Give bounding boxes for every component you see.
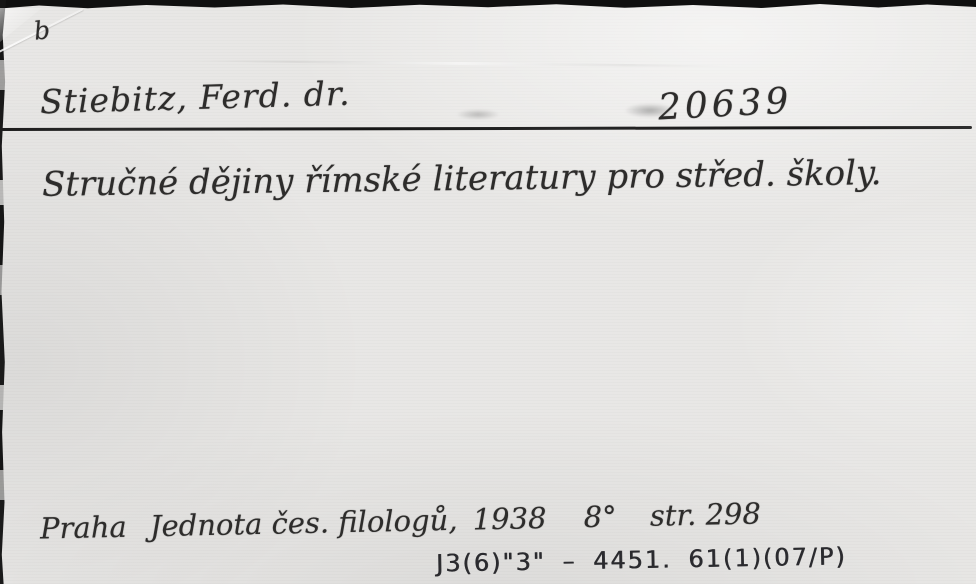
imprint-place: Praha	[40, 510, 127, 546]
ruled-line	[0, 126, 972, 131]
classification-line: J3(6)"3" – 4451. 61(1)(07/P)	[436, 542, 847, 577]
title-line: Stručné dějiny římské literatury pro stř…	[42, 153, 882, 205]
author-heading: Stiebitz, Ferd. dr.	[40, 74, 351, 122]
catalog-card-scan: b Stiebitz, Ferd. dr. 20639 Stručné ději…	[0, 0, 976, 584]
imprint-year: 1938	[472, 501, 547, 537]
imprint-pages: str. 298	[650, 496, 762, 532]
pencil-smudge	[624, 103, 676, 118]
horizontal-paper-crease	[180, 59, 740, 68]
pencil-smudge	[456, 109, 500, 120]
scan-edge-left	[0, 0, 6, 584]
imprint-publisher: Jednota čes. filologů,	[150, 503, 458, 543]
scan-edge-top	[0, 0, 976, 10]
imprint-format: 8°	[583, 499, 617, 534]
corner-pen-mark: b	[33, 15, 52, 46]
accession-number: 20639	[657, 81, 793, 129]
imprint-line: Praha Jednota čes. filologů, 1938 8° str…	[40, 496, 762, 545]
